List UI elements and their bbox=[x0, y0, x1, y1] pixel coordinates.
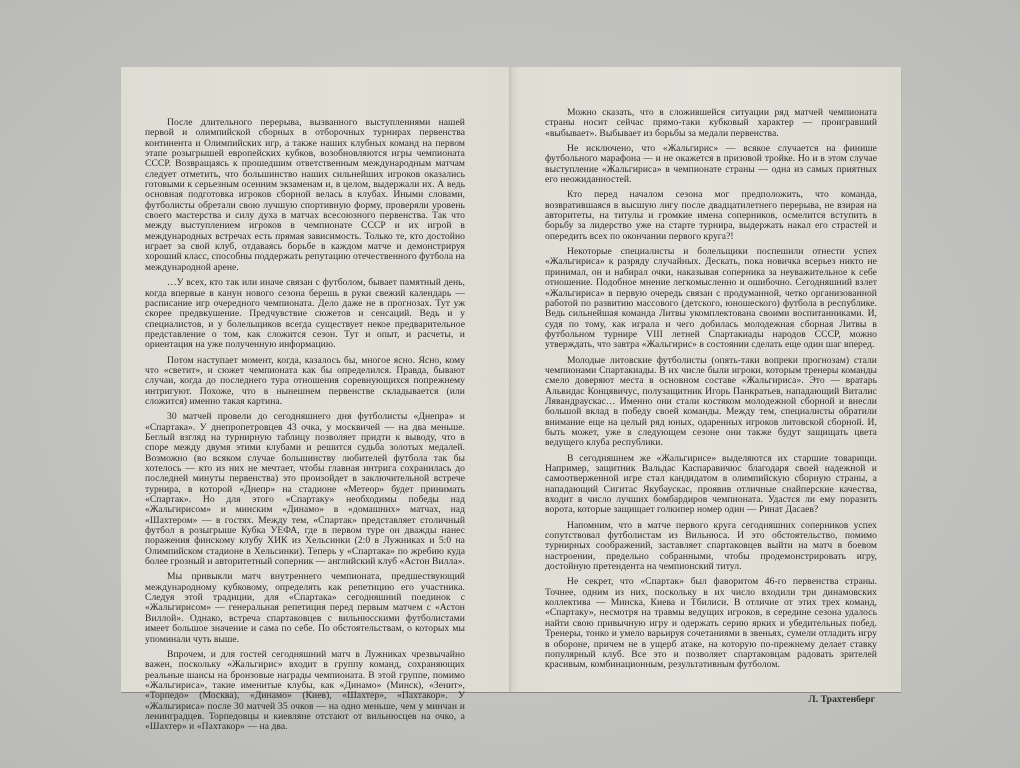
paragraph: Некоторые специалисты и болельщики поспе… bbox=[545, 247, 877, 350]
paragraph: 30 матчей провели до сегодняшнего дня фу… bbox=[145, 412, 465, 567]
paragraph: Кто перед началом сезона мог предположит… bbox=[545, 190, 877, 242]
paragraph: Не исключено, что «Жальгирис» — всякое с… bbox=[545, 144, 877, 185]
page-fold bbox=[509, 67, 512, 692]
paragraph: Напомним, что в матче первого круга сего… bbox=[545, 521, 877, 573]
left-page-article: После длительного перерыва, вызванного в… bbox=[145, 118, 465, 738]
paragraph: Потом наступает момент, когда, казалось … bbox=[145, 356, 465, 408]
right-page-article: Можно сказать, что в сложившейся ситуаци… bbox=[545, 108, 877, 705]
paragraph: Не секрет, что «Спартак» был фаворитом 4… bbox=[545, 577, 877, 670]
paragraph: …У всех, кто так или иначе связан с футб… bbox=[145, 278, 465, 350]
paragraph: Молодые литовские футболисты (опять-таки… bbox=[545, 356, 877, 449]
paragraph: В сегодняшнем же «Жальгирисе» выделяются… bbox=[545, 454, 877, 516]
paragraph: Мы привыкли матч внутреннего чемпионата,… bbox=[145, 572, 465, 644]
paragraph: После длительного перерыва, вызванного в… bbox=[145, 118, 465, 273]
author-signature: Л. Трахтенберг bbox=[545, 695, 877, 705]
paragraph: Впрочем, и для гостей сегодняшний матч в… bbox=[145, 650, 465, 733]
program-spread: После длительного перерыва, вызванного в… bbox=[121, 67, 901, 692]
paragraph: Можно сказать, что в сложившейся ситуаци… bbox=[545, 108, 877, 139]
